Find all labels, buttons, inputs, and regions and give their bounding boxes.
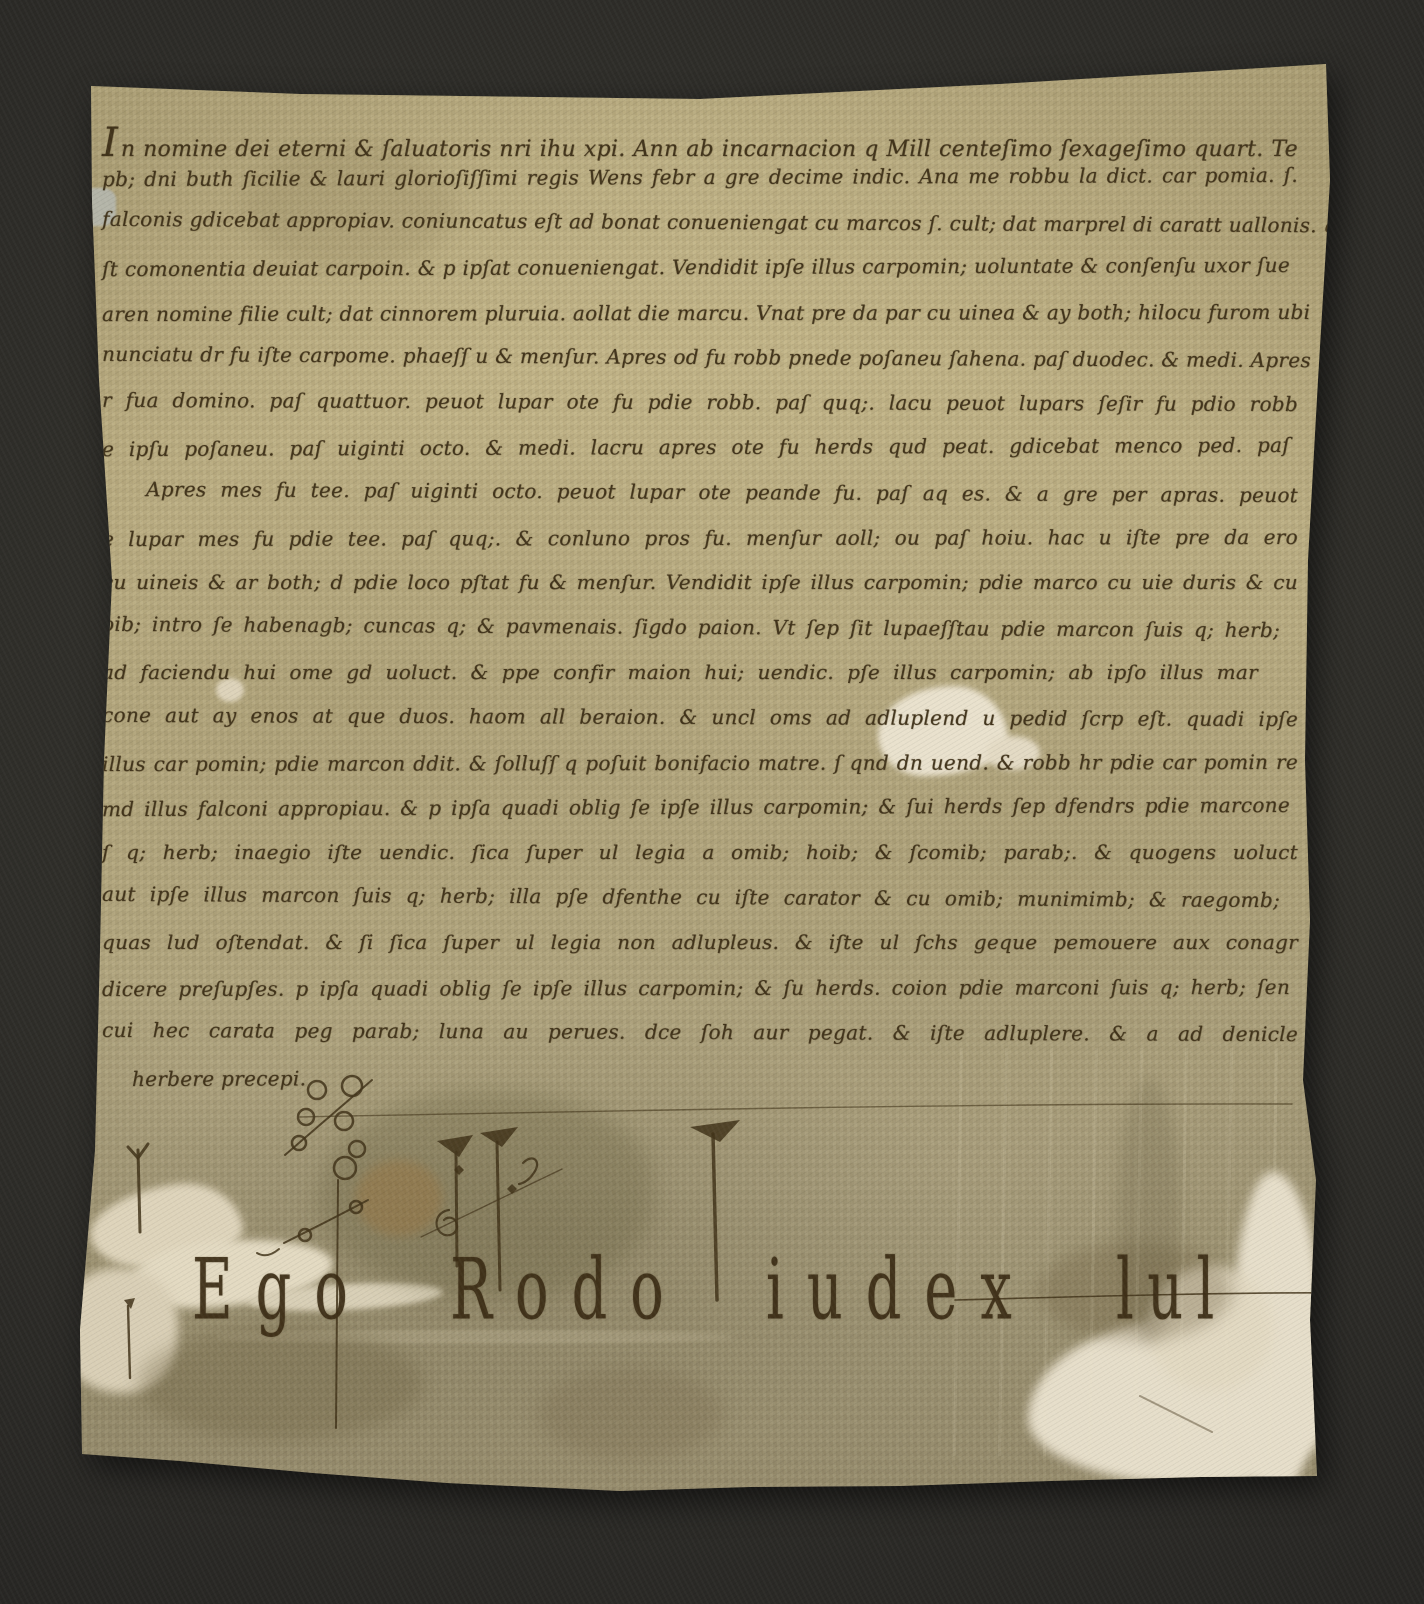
margin-dagger-marks (124, 1144, 148, 1378)
small-squiggle-marks (421, 1158, 562, 1237)
pen-flourishes (0, 0, 1424, 1604)
scratch-mark (1140, 1396, 1212, 1432)
long-ruling-line (300, 1104, 1292, 1117)
charter-photograph: In nomine dei eterni & ſaluatoris nri ih… (0, 0, 1424, 1604)
signature-flourish-tail: lul (1116, 1240, 1228, 1339)
notary-subscription-text: Ego Rodo iudex (192, 1240, 1035, 1339)
parchment-sheet: In nomine dei eterni & ſaluatoris nri ih… (0, 0, 1424, 1604)
notary-subscription: Ego Rodo iudexlul (192, 1240, 1362, 1308)
parchment-shadow: In nomine dei eterni & ſaluatoris nri ih… (0, 0, 1424, 1604)
